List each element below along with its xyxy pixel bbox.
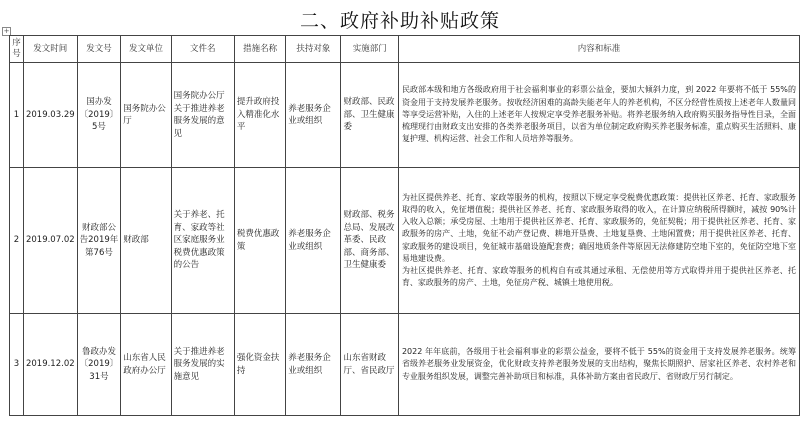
header-issuer: 发文单位 <box>121 36 171 63</box>
content-paragraph: 为社区提供养老、托育、家政等服务的机构，按照以下规定享受税费优惠政策：提供社区养… <box>402 192 796 265</box>
cell-measure: 提升政府投入精准化水平 <box>234 63 285 168</box>
header-doc-no: 发文号 <box>77 36 121 63</box>
cell-doc-no: 财政部公告2019年第76号 <box>77 168 121 314</box>
cell-target: 养老服务企业或组织 <box>286 168 341 314</box>
table-header-row: 序号 发文时间 发文号 发文单位 文件名 措施名称 扶持对象 实施部门 内容和标… <box>10 36 800 63</box>
content-paragraph: 为社区提供养老、托育、家政等服务的机构自有或其通过承租、无偿使用等方式取得并用于… <box>402 265 796 289</box>
cell-measure: 强化资金扶持 <box>234 314 285 416</box>
cell-doc-no: 鲁政办发〔2019〕31号 <box>77 314 121 416</box>
page-title: 二、政府补助补贴政策 <box>0 6 800 33</box>
header-content: 内容和标准 <box>398 36 799 63</box>
cell-measure: 税费优惠政策 <box>234 168 285 314</box>
content-paragraph: 2022 年年底前，各级用于社会福利事业的彩票公益金，要将不低于 55%的资金用… <box>402 346 796 383</box>
table-row: 2 2019.07.02 财政部公告2019年第76号 财政部 关于养老、托育、… <box>10 168 800 314</box>
cell-doc-name: 关于推进养老服务发展的实施意见 <box>171 314 234 416</box>
cell-dept: 山东省财政厅、省民政厅 <box>341 314 398 416</box>
cell-content: 为社区提供养老、托育、家政等服务的机构，按照以下规定享受税费优惠政策：提供社区养… <box>398 168 799 314</box>
cell-target: 养老服务企业或组织 <box>286 314 341 416</box>
cell-seq: 2 <box>10 168 24 314</box>
content-paragraph: 民政部本级和地方各级政府用于社会福利事业的彩票公益金，要加大倾斜力度，到 202… <box>402 84 796 145</box>
cell-seq: 1 <box>10 63 24 168</box>
header-dept: 实施部门 <box>341 36 398 63</box>
cell-dept: 财政部、税务总局、发展改革委、民政部、商务部、卫生健康委 <box>341 168 398 314</box>
header-doc-name: 文件名 <box>171 36 234 63</box>
table-row: 3 2019.12.02 鲁政办发〔2019〕31号 山东省人民政府办公厅 关于… <box>10 314 800 416</box>
cell-content: 2022 年年底前，各级用于社会福利事业的彩票公益金，要将不低于 55%的资金用… <box>398 314 799 416</box>
cell-target: 养老服务企业或组织 <box>286 63 341 168</box>
header-seq: 序号 <box>10 36 24 63</box>
header-target: 扶持对象 <box>286 36 341 63</box>
cell-issuer: 山东省人民政府办公厅 <box>121 314 171 416</box>
cell-dept: 财政部、民政部、卫生健康委 <box>341 63 398 168</box>
cell-issuer: 财政部 <box>121 168 171 314</box>
cell-date: 2019.07.02 <box>23 168 77 314</box>
cell-seq: 3 <box>10 314 24 416</box>
table-row: 1 2019.03.29 国办发〔2019〕5号 国务院办公厅 国务院办公厅关于… <box>10 63 800 168</box>
cell-content: 民政部本级和地方各级政府用于社会福利事业的彩票公益金，要加大倾斜力度，到 202… <box>398 63 799 168</box>
cell-date: 2019.12.02 <box>23 314 77 416</box>
header-date: 发文时间 <box>23 36 77 63</box>
cell-issuer: 国务院办公厅 <box>121 63 171 168</box>
cell-doc-name: 国务院办公厅关于推进养老服务发展的意见 <box>171 63 234 168</box>
cell-doc-name: 关于养老、托育、家政等社区家庭服务业税费优惠政策的公告 <box>171 168 234 314</box>
cell-date: 2019.03.29 <box>23 63 77 168</box>
policy-table: 序号 发文时间 发文号 发文单位 文件名 措施名称 扶持对象 实施部门 内容和标… <box>9 35 800 416</box>
cell-doc-no: 国办发〔2019〕5号 <box>77 63 121 168</box>
header-measure: 措施名称 <box>234 36 285 63</box>
